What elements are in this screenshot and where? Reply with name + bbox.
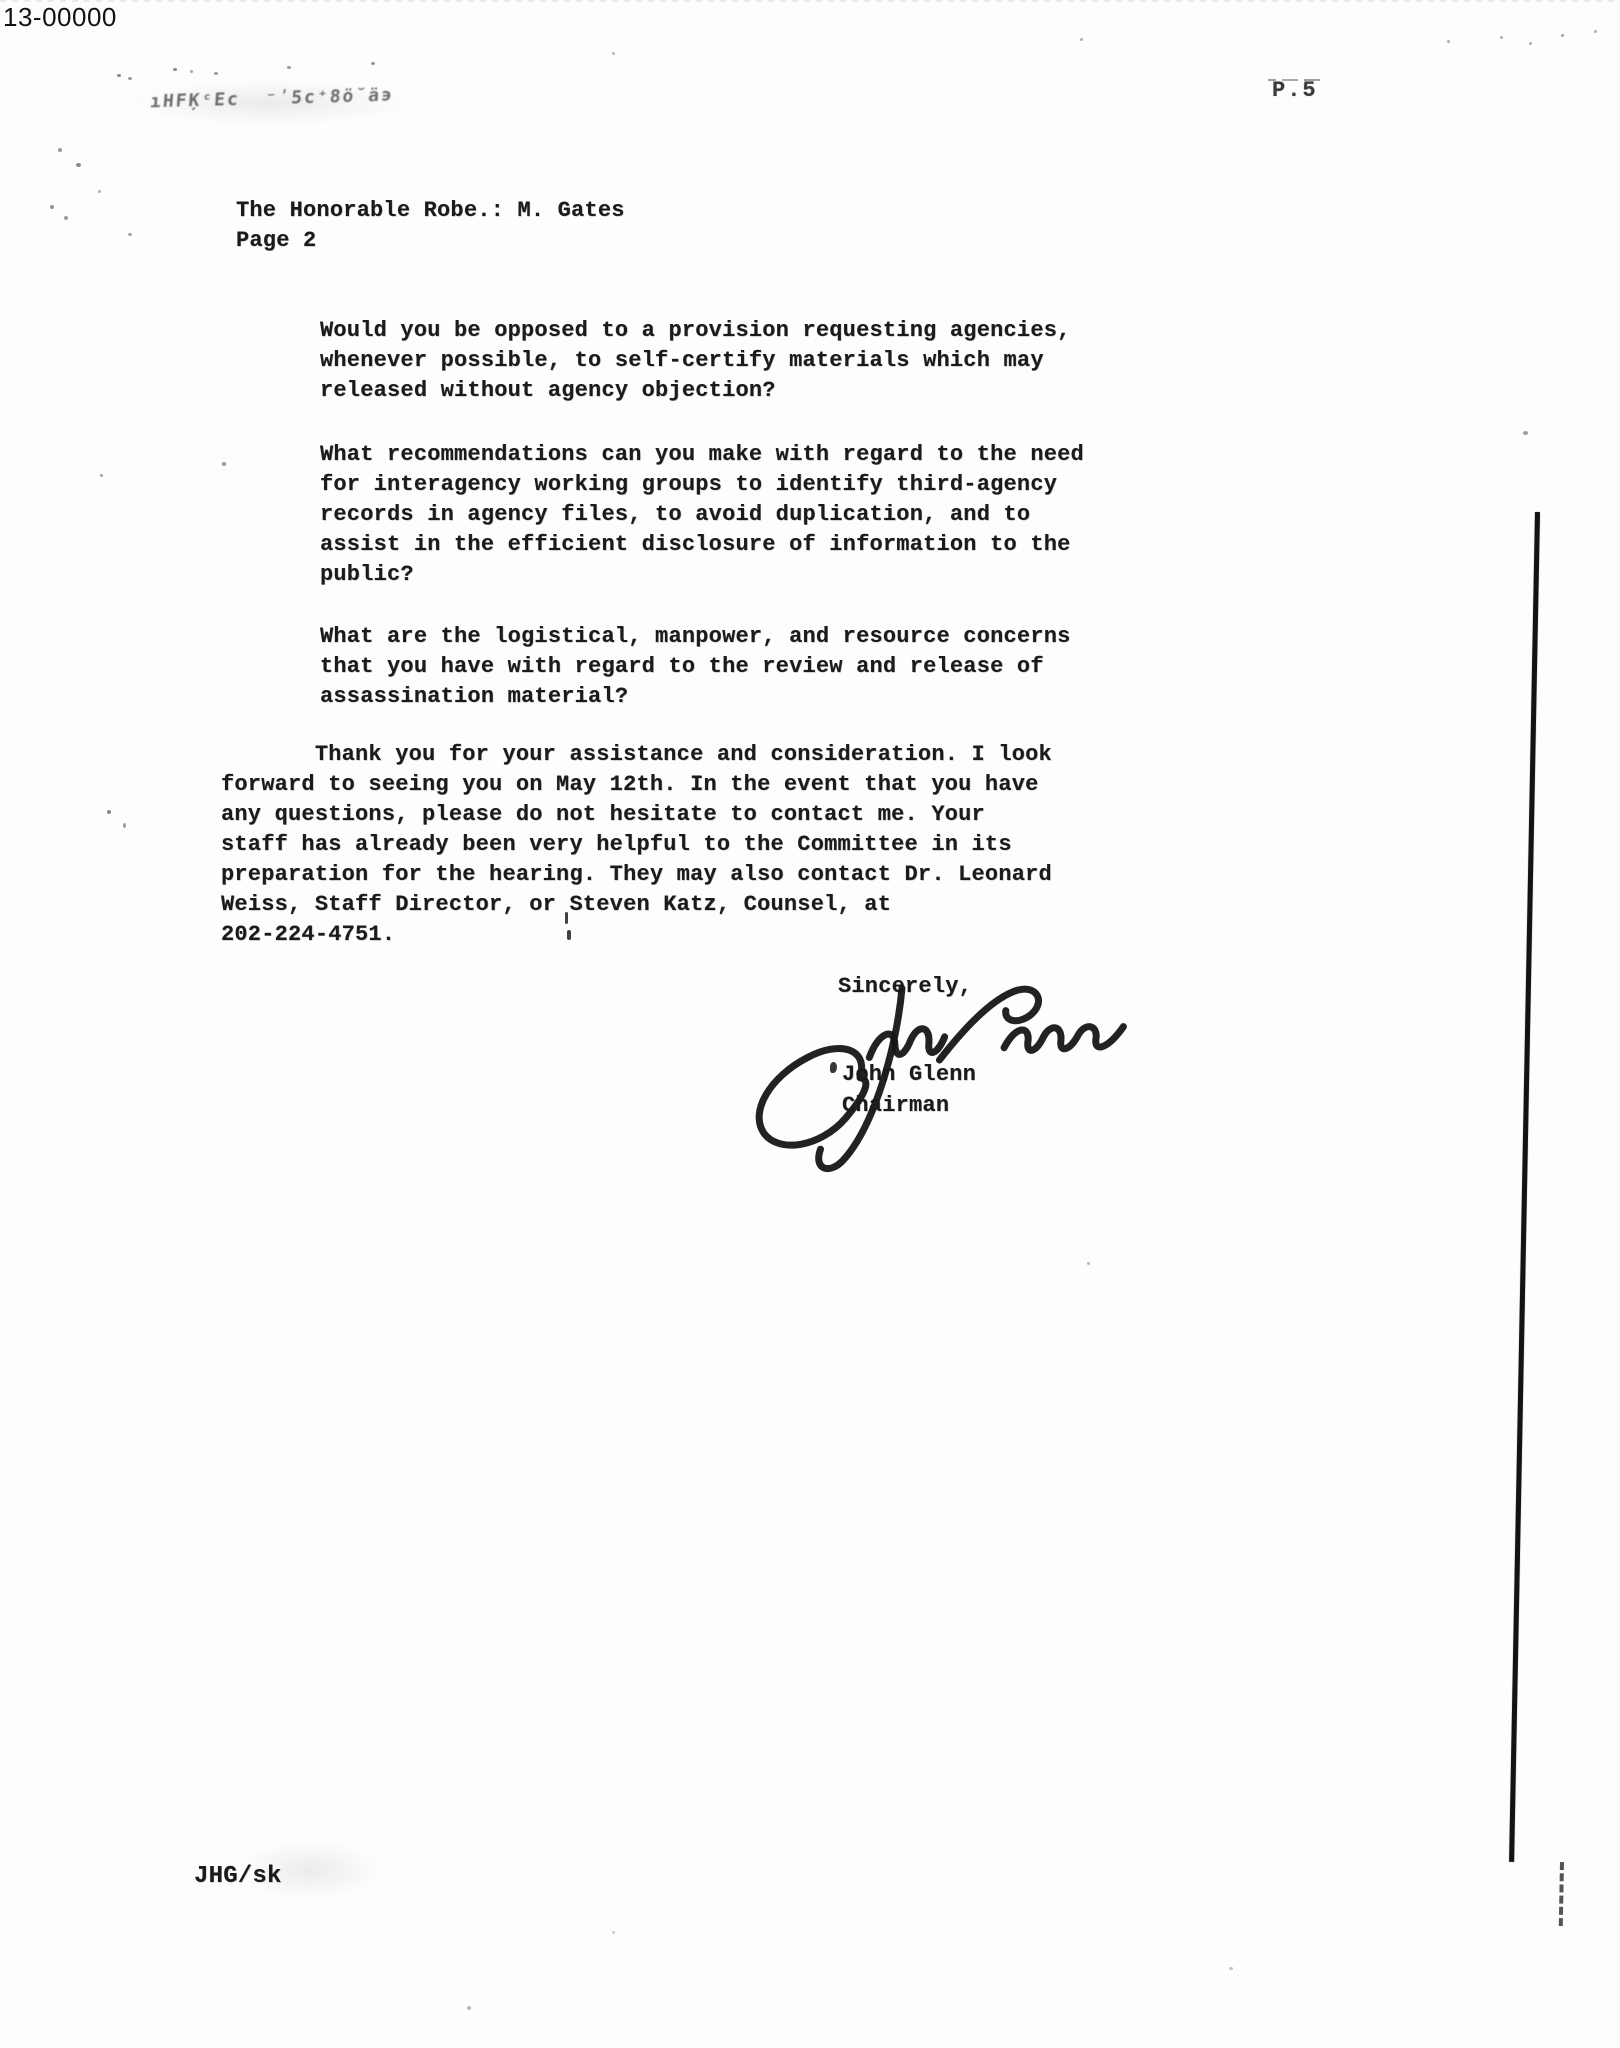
scan-speck: [214, 72, 218, 75]
addressee-line: The Honorable Robe.: M. Gates: [236, 196, 625, 226]
signer-typed-name: John Glenn: [842, 1060, 976, 1090]
document-id-label: 13-00000: [3, 2, 117, 33]
scan-crease-line: [1509, 512, 1540, 1862]
scan-speck: [128, 77, 132, 80]
scan-speck: [1087, 1262, 1090, 1265]
scan-speck: [1447, 40, 1450, 43]
scan-speck: [467, 2006, 471, 2010]
scan-speck: [1529, 42, 1532, 45]
scan-speck: [123, 823, 126, 828]
scan-speck: [64, 216, 68, 220]
scan-edge-artifact: [0, 0, 1620, 2]
scan-speck: [1500, 36, 1503, 39]
scan-speck: [1080, 38, 1083, 41]
scan-speck: [50, 205, 54, 209]
scan-speck: [98, 190, 101, 193]
scan-speck: [371, 62, 375, 65]
scan-speck: [190, 70, 193, 73]
scan-speck: [1561, 34, 1564, 37]
scan-speck: [117, 74, 121, 77]
page-number-line: Page 2: [236, 226, 316, 256]
closing-paragraph: Thank you for your assistance and consid…: [221, 740, 1052, 950]
scan-speck: [128, 233, 132, 236]
scan-crease-line-fade: [1559, 1862, 1564, 1926]
scan-speck: [76, 163, 81, 167]
signer-title: Chairman: [842, 1091, 949, 1121]
scan-speck: [287, 66, 291, 69]
scan-smudge: [130, 80, 410, 126]
question-paragraph-3: What are the logistical, manpower, and r…: [320, 622, 1071, 712]
scan-speck: [612, 1931, 615, 1934]
scanned-letter-page: 13-00000 ıHFĶᶜEc ⁻ʹ5c⁺8ö˘ä϶ P.5 The Hono…: [0, 0, 1620, 2048]
scan-speck: [173, 68, 177, 71]
fax-page-number: P.5: [1272, 78, 1318, 103]
scan-speck: [222, 462, 226, 466]
question-paragraph-2: What recommendations can you make with r…: [320, 440, 1084, 590]
scan-speck: [612, 52, 615, 55]
scan-speck: [1229, 1967, 1233, 1970]
scan-smudge: [240, 1840, 380, 1900]
scan-speck: [107, 810, 111, 814]
scan-speck: [1594, 30, 1597, 33]
scan-tick-mark: [567, 930, 571, 940]
scan-tick-mark: [565, 912, 568, 924]
scan-speck: [1523, 431, 1528, 435]
scan-speck: [100, 474, 103, 477]
scan-speck: [58, 148, 62, 152]
question-paragraph-1: Would you be opposed to a provision requ…: [320, 316, 1071, 406]
